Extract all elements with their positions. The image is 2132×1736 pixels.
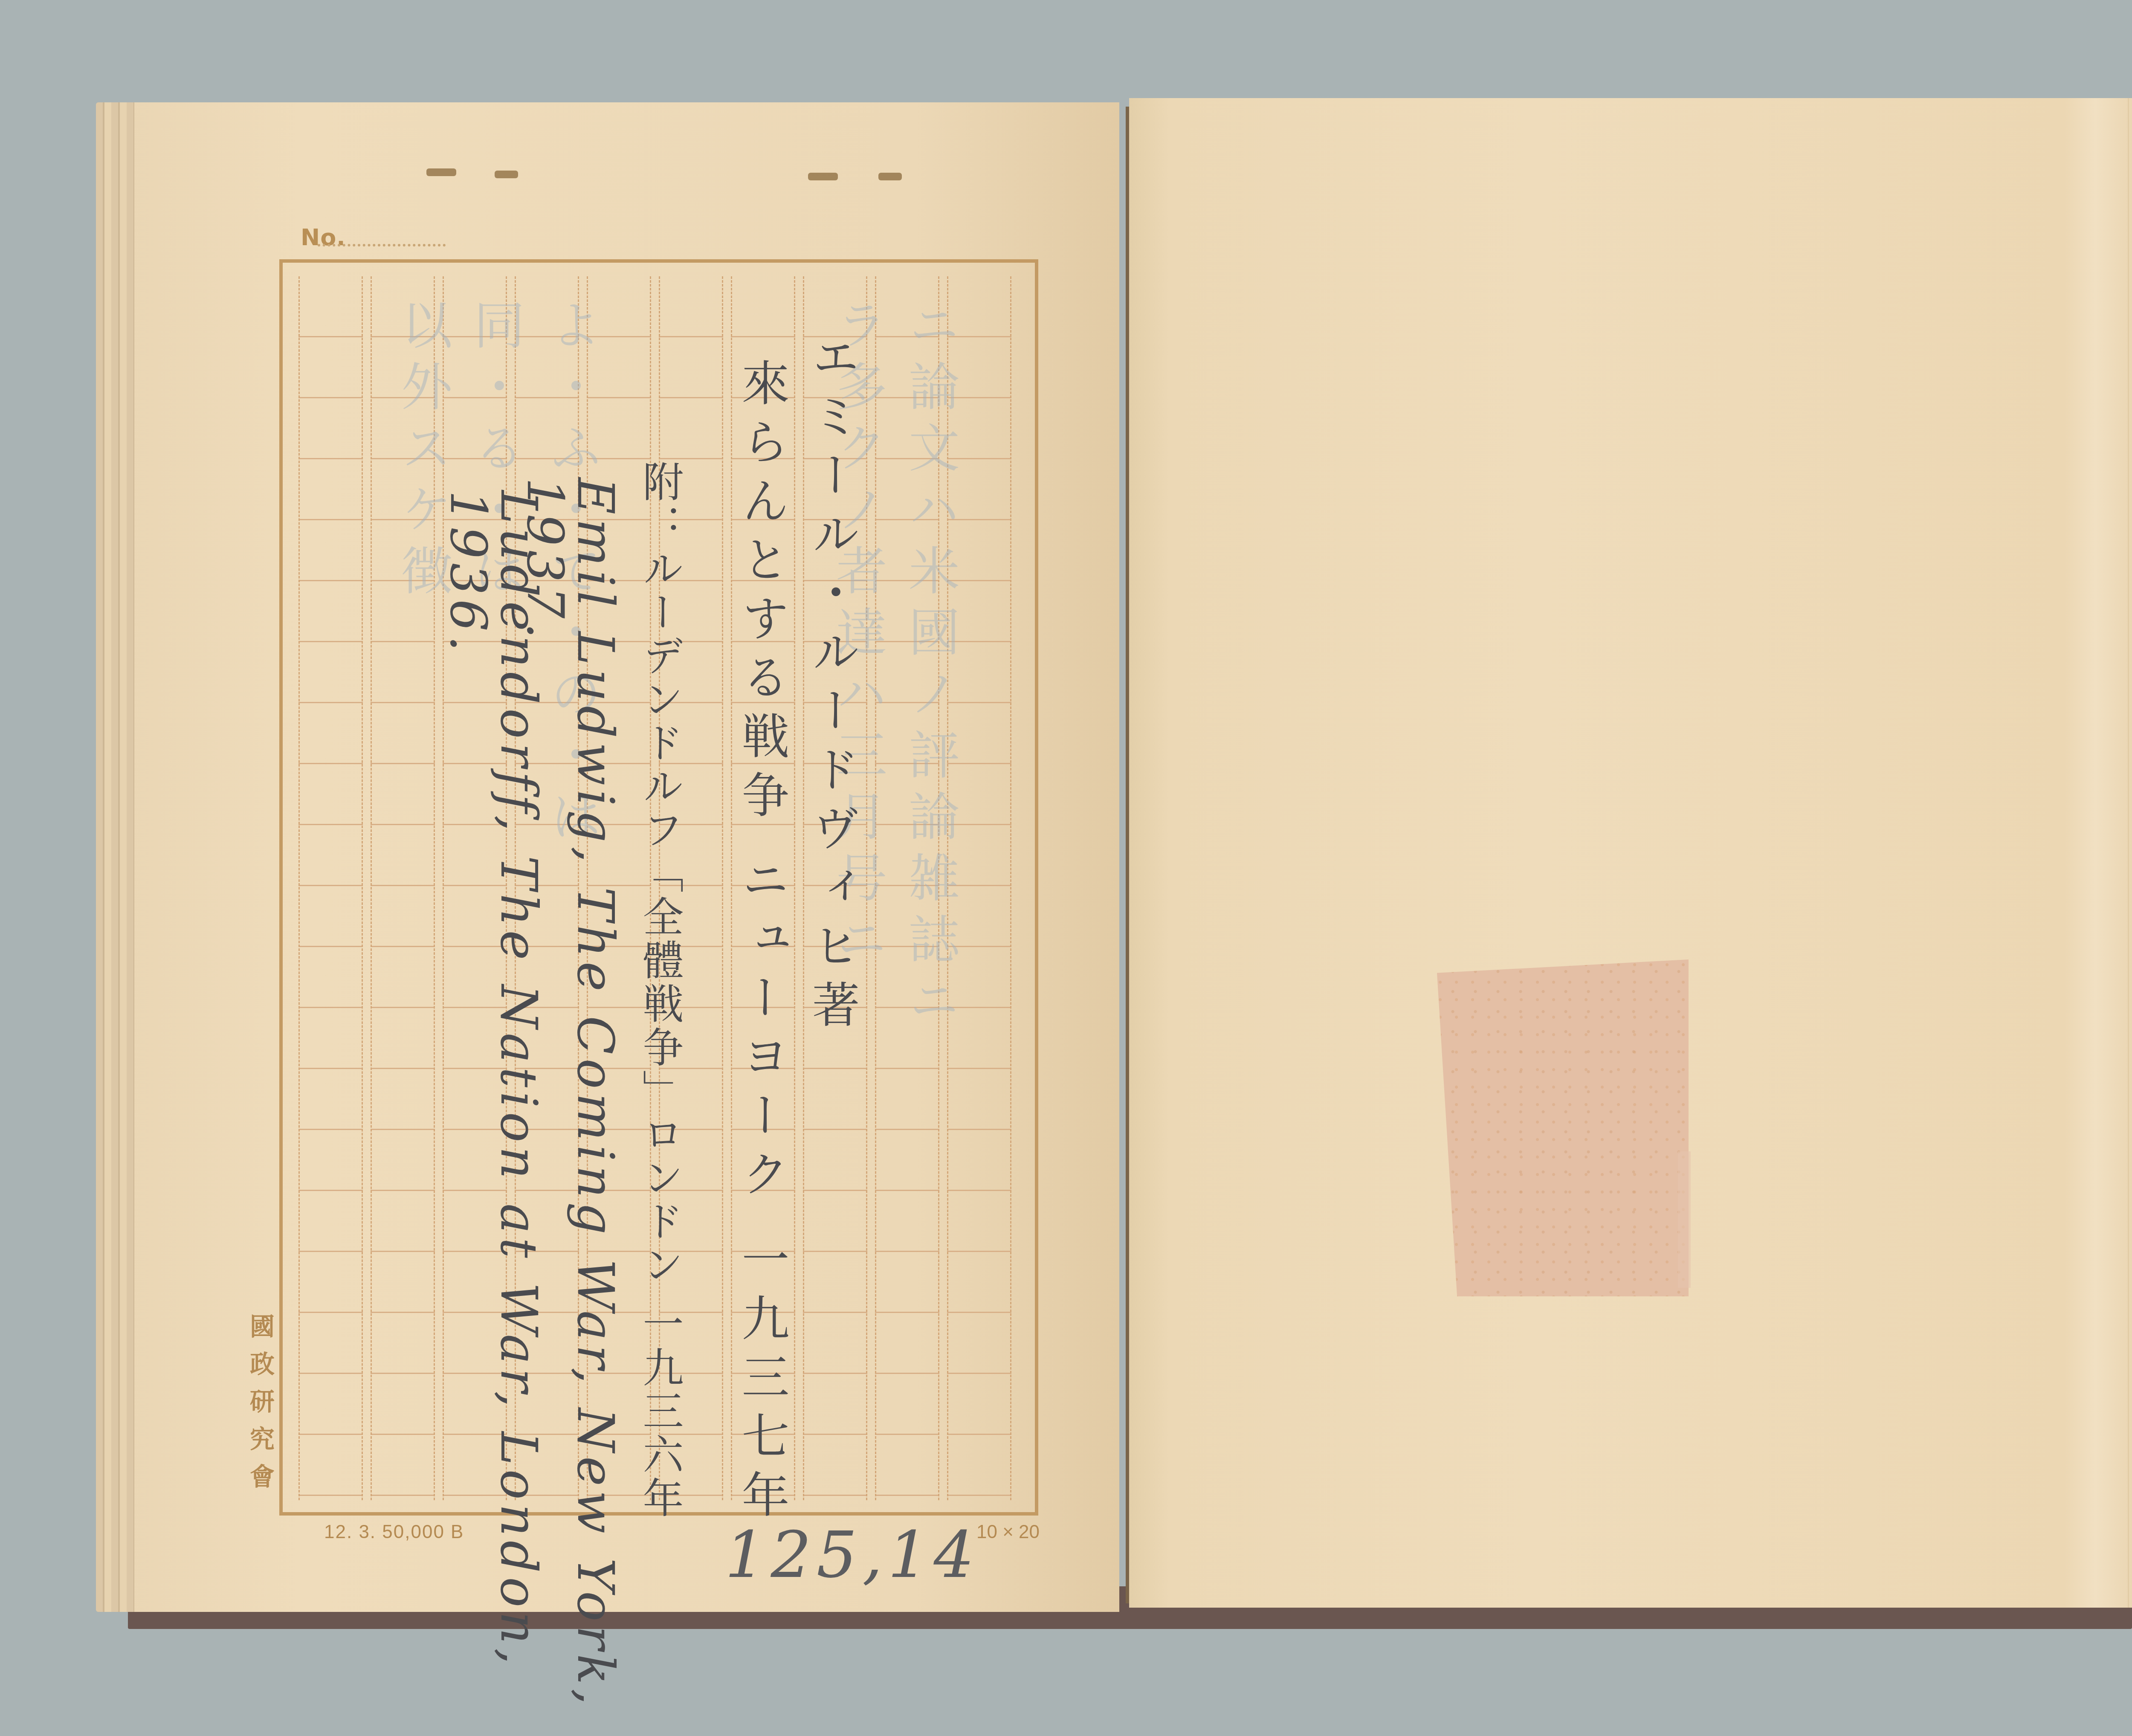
staple-mark (495, 171, 518, 178)
ink-stamp-smudge (1678, 1151, 1691, 1288)
handwritten-page-number: 125,14 (725, 1518, 979, 1592)
handwritten-english-ludendorff: Ludendorff, The Nation at War, London, 1… (443, 490, 544, 1736)
grid-column (298, 276, 363, 1500)
handwritten-author: エミール・ルードヴィヒ著 (808, 333, 856, 1039)
handwritten-appendix: 附：ルーデンドルフ「全體戦争」ロンドン 一九三六年 (640, 461, 681, 1520)
handwritten-book-title: 來らんとする戦争 ニューヨーク 一九三七年 (738, 358, 785, 1529)
number-line (318, 244, 446, 246)
staple-mark (426, 168, 456, 176)
staple-mark (878, 173, 902, 180)
print-code: 12. 3. 50,000 B (324, 1522, 464, 1543)
publisher-imprint: 國政研究會 (242, 1313, 278, 1501)
left-page-edges (96, 102, 134, 1612)
bleed-through-text: ニ論文ハ米國ノ評論雑誌ニ (904, 299, 955, 1450)
right-page-fold (2128, 98, 2129, 1608)
grid-size-label: 10 × 20 (976, 1522, 1040, 1543)
number-label: No. (301, 224, 346, 251)
right-page (1129, 98, 2132, 1608)
ink-stamp (1437, 959, 1689, 1296)
book-gutter (1126, 107, 1129, 1603)
bleed-through-text: 以外スケ徴 (397, 299, 448, 1450)
staple-mark (808, 173, 838, 180)
